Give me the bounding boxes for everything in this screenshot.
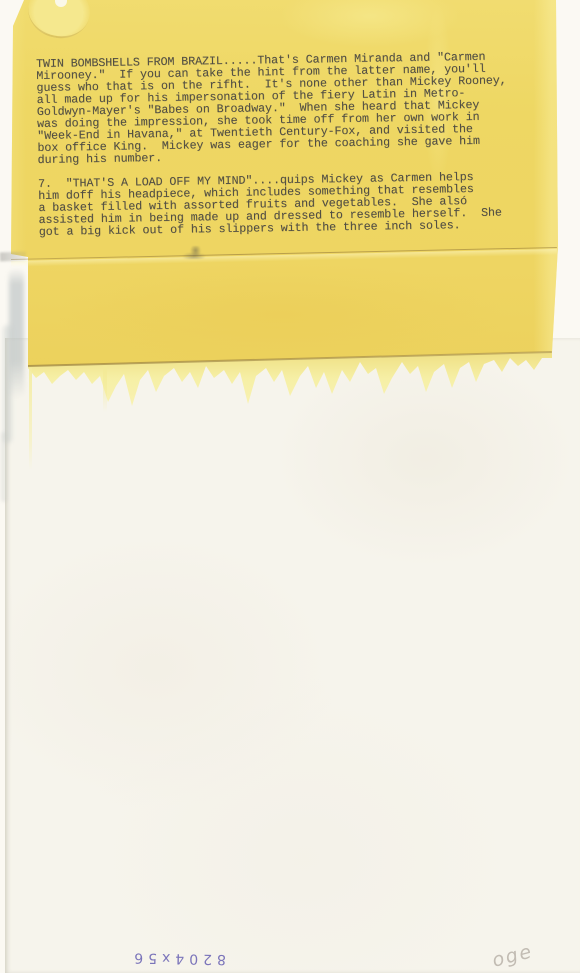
tape-residue xyxy=(1,432,7,502)
pencil-smudge xyxy=(178,246,210,259)
glue-drip xyxy=(103,366,107,412)
scanned-press-caption-sheet: TWIN BOMBSHELLS FROM BRAZIL.....That's C… xyxy=(0,0,580,973)
caption-paragraph-1: TWIN BOMBSHELLS FROM BRAZIL.....That's C… xyxy=(36,50,563,166)
caption-paragraph-2: 7. "THAT'S A LOAD OFF MY MIND"....quips … xyxy=(38,170,564,238)
tape-residue xyxy=(3,325,12,443)
crease-left-marks xyxy=(0,252,26,262)
typed-caption: TWIN BOMBSHELLS FROM BRAZIL.....That's C… xyxy=(36,50,564,250)
white-backing-paper xyxy=(5,338,580,973)
glue-drip xyxy=(29,368,32,470)
blue-ink-size-note: 8204x56 xyxy=(104,945,226,967)
